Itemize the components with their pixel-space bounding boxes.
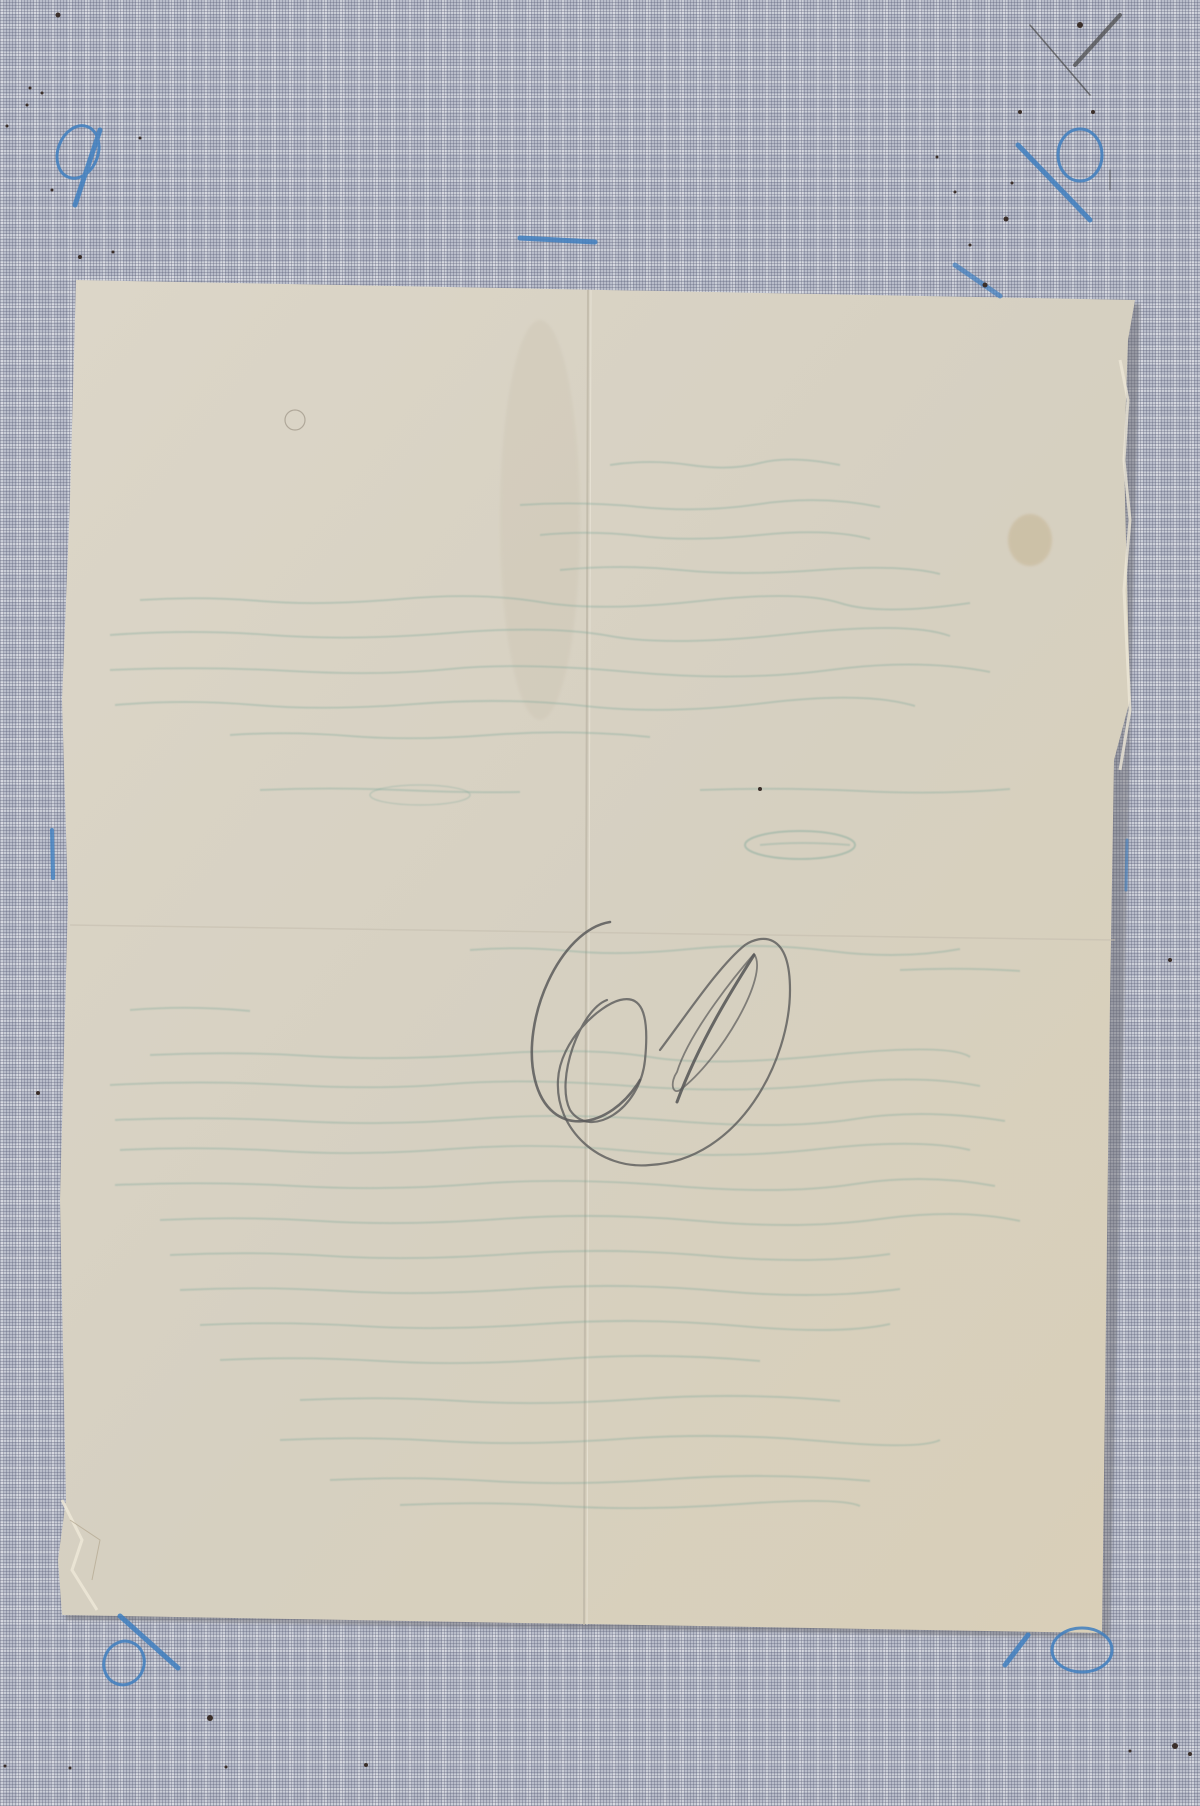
blue-mark-right-edge [1126,840,1127,890]
scan-background: 01 scanned handwritten letter, reverse s… [0,0,1200,1806]
paper-sheet [58,280,1135,1633]
corner-mark-top-right [1018,129,1102,220]
blue-mark-top-center [520,238,595,242]
corner-mark-bottom-left [98,1616,178,1691]
document-sheet [0,0,1200,1806]
blue-mark-left-edge [52,830,53,878]
pencil-strokes-top-right [1030,15,1120,190]
corner-mark-top-left [50,120,106,205]
